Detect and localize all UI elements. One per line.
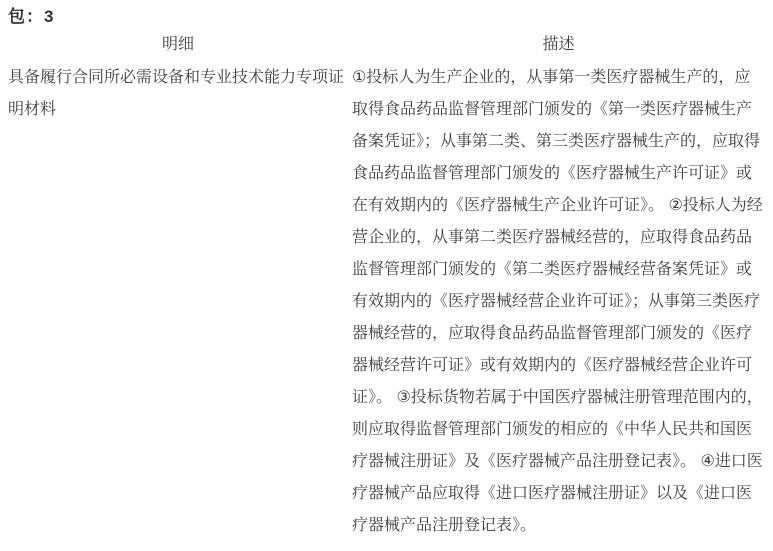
table-header-row: 明细 描述 — [8, 36, 765, 54]
detail-cell: 具备履行合同所必需设备和专业技术能力专项证明材料 — [8, 62, 348, 126]
table-row: 具备履行合同所必需设备和专业技术能力专项证明材料 ①投标人为生产企业的，从事第一… — [8, 62, 765, 542]
requirements-table: 明细 描述 具备履行合同所必需设备和专业技术能力专项证明材料 ①投标人为生产企业… — [8, 36, 765, 542]
description-cell: ①投标人为生产企业的，从事第一类医疗器械生产的，应取得食品药品监督管理部门颁发的… — [352, 62, 765, 542]
package-label: 包：3 — [8, 6, 773, 28]
document-page: 包：3 明细 描述 具备履行合同所必需设备和专业技术能力专项证明材料 ①投标人为… — [0, 0, 773, 551]
column-header-detail: 明细 — [8, 36, 348, 54]
column-header-description: 描述 — [352, 36, 765, 54]
